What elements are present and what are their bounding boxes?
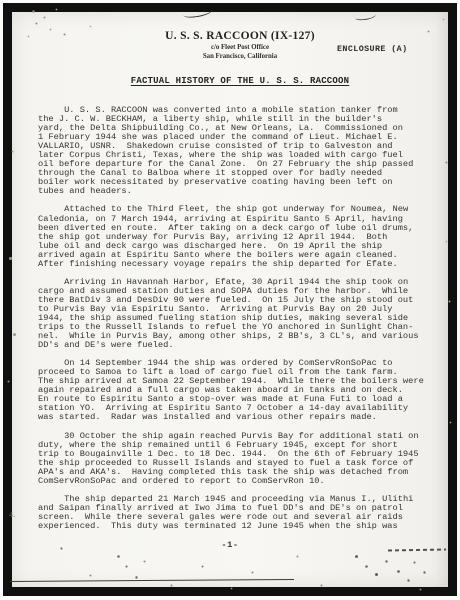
history-paragraph-2: Attached to the Third Fleet, the ship go… <box>38 205 444 268</box>
document-body: U. S. S. RACCOON was converted into a mo… <box>38 106 444 540</box>
scan-speckle-noise <box>0 0 1 1</box>
history-paragraph-5: 30 October the ship again reached Purvis… <box>38 432 444 486</box>
history-paragraph-1: U. S. S. RACCOON was converted into a mo… <box>38 106 444 196</box>
ship-name: U. S. S. RACCOON (IX-127) <box>38 30 442 43</box>
document-title: FACTUAL HISTORY OF THE U. S. S. RACCOON <box>38 76 442 86</box>
history-paragraph-4: On 14 September 1944 the ship was ordere… <box>38 359 444 422</box>
page-number: -1- <box>0 540 460 550</box>
history-paragraph-3: Arriving in Havannah Harbor, Efate, 30 A… <box>38 278 444 350</box>
enclosure-label: ENCLOSURE (A) <box>337 44 408 54</box>
history-paragraph-6: The ship departed 21 March 1945 and proc… <box>38 495 444 531</box>
scanned-document-page: U. S. S. RACCOON (IX-127) c/o Fleet Post… <box>0 0 460 600</box>
